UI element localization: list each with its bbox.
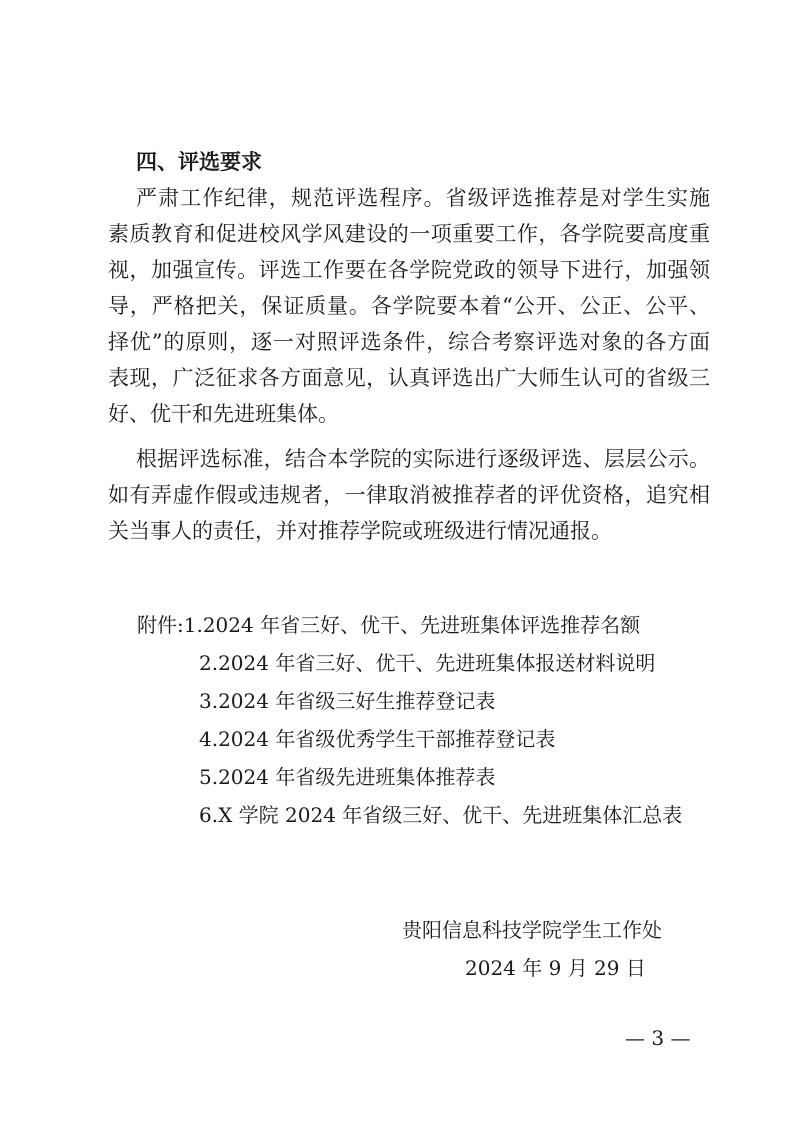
- paragraph-line: 严肃工作纪律，规范评选程序。省级评选推荐是对学生实施: [136, 185, 710, 211]
- paragraph-line: 根据评选标准，结合本学院的实际进行逐级评选、层层公示。: [136, 446, 710, 472]
- attachment-item: 5.2024 年省级先进班集体推荐表: [199, 764, 495, 790]
- signature-date: 2024 年 9 月 29 日: [465, 955, 646, 981]
- attachment-item: 2.2024 年省三好、优干、先进班集体报送材料说明: [199, 650, 655, 676]
- signature-organization: 贵阳信息科技学院学生工作处: [402, 917, 662, 943]
- attachments-label: 附件:: [137, 613, 184, 637]
- paragraph-line: 关当事人的责任，并对推荐学院或班级进行情况通报。: [108, 518, 710, 544]
- paragraph-line: 素质教育和促进校风学风建设的一项重要工作，各学院要高度重: [108, 221, 710, 247]
- paragraph-line: 表现，广泛征求各方面意见，认真评选出广大师生认可的省级三: [108, 365, 710, 391]
- paragraph-line: 如有弄虚作假或违规者，一律取消被推荐者的评优资格，追究相: [108, 482, 710, 508]
- paragraph-line: 导，严格把关，保证质量。各学院要本着“公开、公正、公平、: [108, 293, 710, 319]
- attachment-item: 3.2024 年省级三好生推荐登记表: [199, 688, 495, 714]
- paragraph-line: 择优”的原则，逐一对照评选条件，综合考察评选对象的各方面: [108, 329, 710, 355]
- paragraph-line: 好、优干和先进班集体。: [108, 401, 710, 427]
- attachment-item: 附件:1.2024 年省三好、优干、先进班集体评选推荐名额: [137, 612, 640, 638]
- attachment-item: 4.2024 年省级优秀学生干部推荐登记表: [199, 726, 555, 752]
- page-number: — 3 —: [625, 1025, 690, 1051]
- attachment-item: 6.X 学院 2024 年省级三好、优干、先进班集体汇总表: [199, 802, 682, 828]
- section-heading: 四、评选要求: [136, 149, 262, 175]
- paragraph-line: 视，加强宣传。评选工作要在各学院党政的领导下进行，加强领: [108, 257, 710, 283]
